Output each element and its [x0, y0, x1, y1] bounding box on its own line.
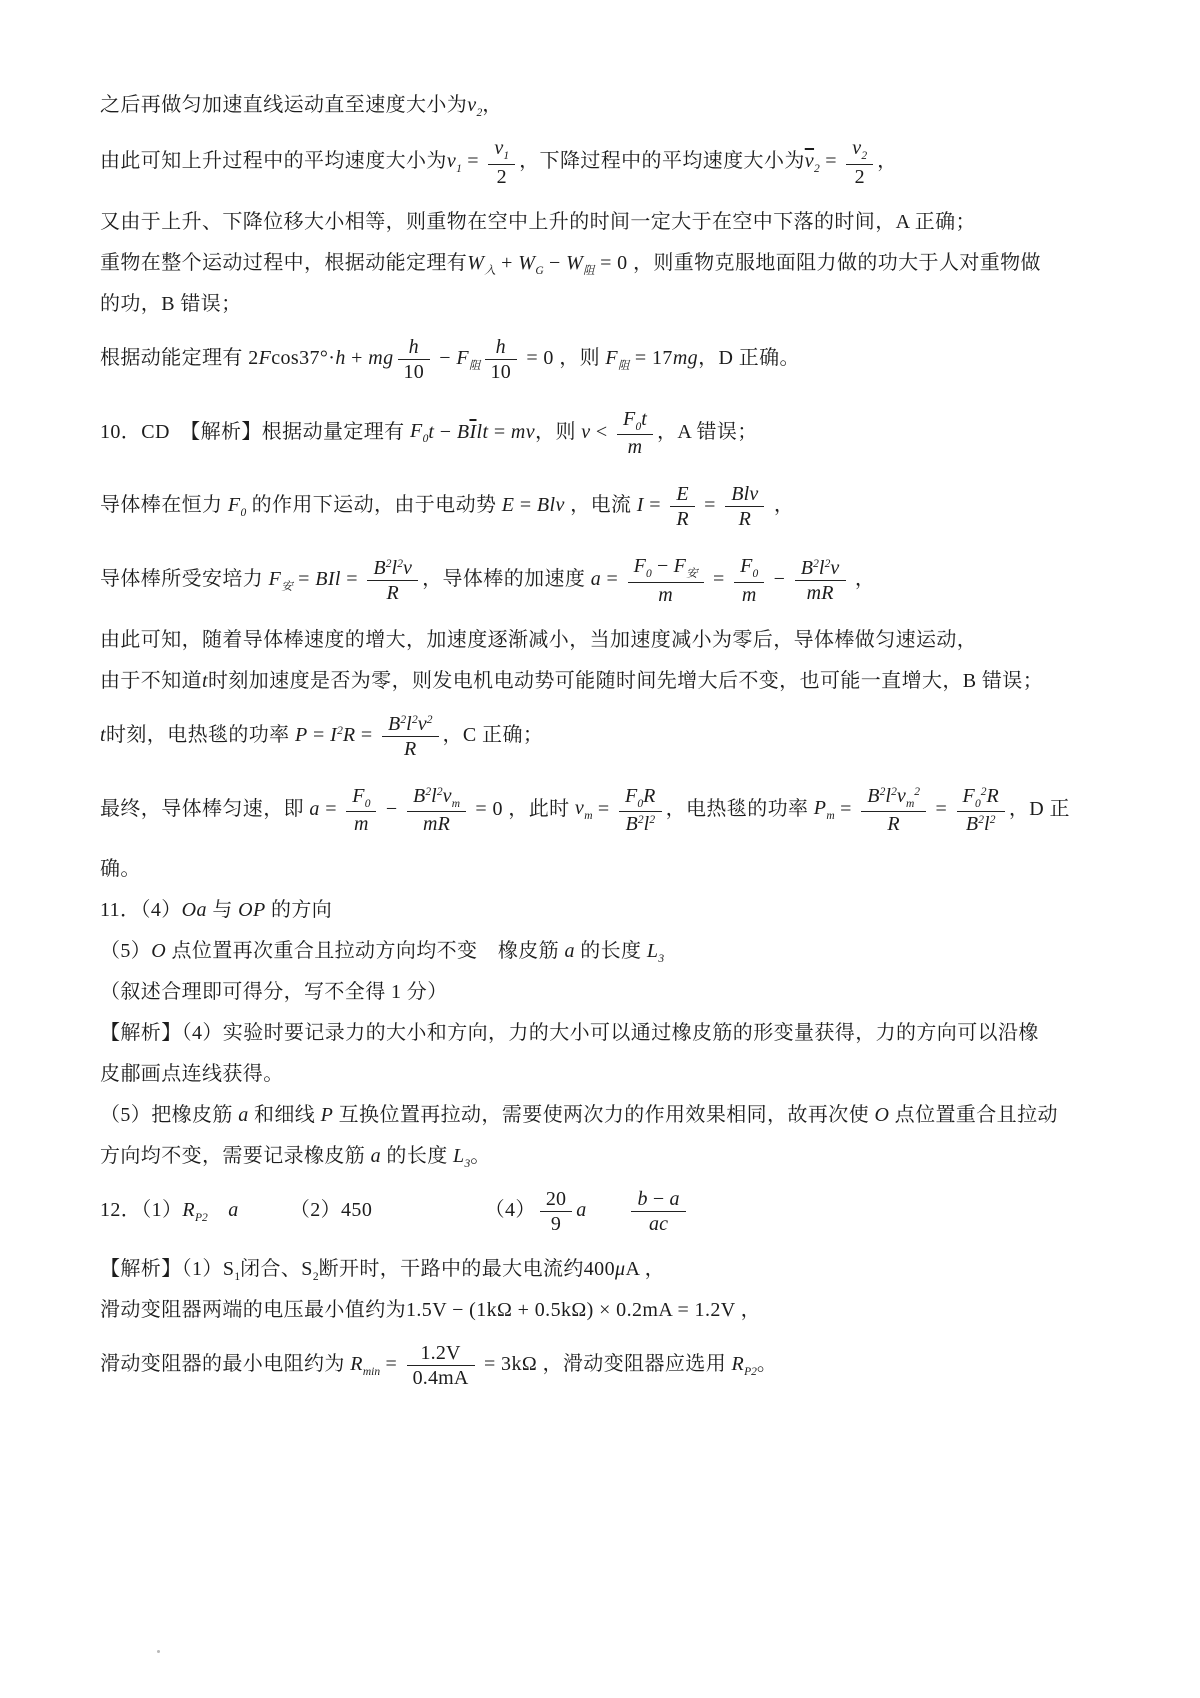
text-run: 的长度 [381, 1145, 453, 1167]
text-segment: L [647, 940, 659, 962]
math-var: OP [238, 899, 265, 921]
math-var: l2 [644, 813, 656, 835]
text-segment: = 0 ，则重物克服地面阻力做的功大于人对重物做 [595, 252, 1041, 274]
math-var: B2 [388, 713, 406, 735]
text-segment: 1.2V [420, 1342, 460, 1364]
text-segment: O [151, 940, 166, 962]
math-var: Oa [182, 899, 207, 921]
text-segment: m [628, 436, 643, 458]
math-var: a [309, 797, 319, 819]
math-var: b [637, 1188, 647, 1210]
fraction-denominator: 2 [846, 164, 873, 189]
text-run: 确。 [100, 858, 141, 880]
text-run: 的长度 [575, 940, 647, 962]
text-segment: B [625, 813, 637, 835]
text-run: cos37°· [271, 347, 335, 369]
text-segment: 皮郙画点连线获得。 [100, 1063, 284, 1085]
text-segment: ac [649, 1213, 668, 1235]
text-run: 。 [470, 1145, 490, 1167]
text-run: 和细线 [249, 1104, 321, 1126]
text-run: = [308, 724, 330, 746]
text-segment: F [623, 408, 635, 430]
subscript: 阻 [469, 360, 481, 372]
text-segment: = 0 ，此时 [470, 797, 575, 819]
fraction: v22 [846, 136, 873, 189]
text-run: 导体棒所受安培力 [100, 568, 269, 590]
text-segment: m [742, 584, 757, 606]
text-run: = [514, 494, 536, 516]
math-var: l2 [984, 813, 996, 835]
text-run: = 17 [630, 347, 673, 369]
math-var: vm [575, 797, 593, 819]
para-v2: 之后再做匀加速直线运动直至速度大小为v2， [100, 90, 1120, 120]
text-run: − [380, 797, 402, 819]
text-run: 的作用下运动，由于电动势 [246, 494, 502, 516]
text-segment: − [380, 797, 402, 819]
text-segment: = [308, 724, 330, 746]
text-segment: + [346, 347, 368, 369]
text-segment: R [404, 738, 416, 760]
page-speck [157, 1650, 160, 1653]
math-var: B2 [373, 557, 391, 579]
text-segment: B [413, 785, 425, 807]
text-run: 与 [207, 899, 238, 921]
subscript: 阻 [583, 265, 595, 277]
fraction-denominator: R [670, 506, 694, 531]
text-run: 点位置再次重合且拉动方向均不变 橡皮筋 [166, 940, 564, 962]
math-var: Blv [731, 483, 758, 505]
text-segment: 时刻，电热毯的功率 [106, 724, 295, 746]
text-run: 的方向 [266, 899, 333, 921]
text-run: ，C 正确； [443, 724, 544, 746]
math-var: a [238, 1104, 248, 1126]
fraction-denominator: B2l2 [957, 811, 1005, 836]
math-var: B [457, 420, 470, 442]
math-var: v [830, 557, 839, 579]
text-run: − [652, 555, 674, 577]
text-segment: mR [807, 582, 834, 604]
fraction-numerator: B2l2v2 [382, 712, 439, 736]
fraction-numerator: 20 [540, 1187, 572, 1211]
text-run: ，D 正确。 [698, 347, 800, 369]
fraction: F0m [346, 784, 376, 837]
text-segment: − [434, 347, 456, 369]
text-segment [208, 1199, 228, 1221]
text-run: = [699, 494, 721, 516]
text-segment: 时刻加速度是否为零，则发电机电动势可能随时间先增大后不变，也可能一直增大，B 错… [208, 670, 1043, 692]
text-segment: 的功，B 错误； [100, 293, 242, 315]
para-10-option-d-1: 最终，导体棒匀速，即 a = F0m − B2l2vmmR = 0 ，此时 vm… [100, 779, 1120, 842]
text-segment: 的作用下运动，由于电动势 [246, 494, 502, 516]
text-run: （5）把橡皮筋 [100, 1104, 238, 1126]
text-segment: R [739, 508, 751, 530]
text-segment: R [887, 813, 899, 835]
text-segment: 和细线 [249, 1104, 321, 1126]
fraction-numerator: E [670, 482, 694, 506]
math-var: I2 [330, 724, 343, 746]
math-var: Rmin [350, 1353, 380, 1375]
para-11-analysis-2: 皮郙画点连线获得。 [100, 1059, 1120, 1089]
text-run: + [496, 252, 518, 274]
para-option-d: 根据动能定理有 2Fcos37°·h + mgh10 − F阻h10 = 0 ，… [100, 330, 1120, 389]
math-var: a [591, 568, 601, 590]
subscript: P2 [195, 1212, 208, 1224]
text-segment: = [699, 494, 721, 516]
fraction-numerator: b − a [631, 1187, 685, 1211]
math-var: l2 [406, 713, 418, 735]
text-segment: P [295, 724, 308, 746]
math-var: vm2 [897, 785, 920, 807]
math-var: F0 [634, 555, 652, 577]
text-run: − [434, 420, 456, 442]
text-segment: ， [850, 568, 876, 590]
text-segment: ， [482, 94, 502, 116]
math-var: F安 [269, 568, 293, 590]
text-segment: I [637, 494, 644, 516]
text-run: S2 [301, 1258, 318, 1280]
text-segment: E [676, 483, 688, 505]
math-var: P [295, 724, 308, 746]
text-segment: 的长度 [381, 1145, 453, 1167]
text-segment: h [496, 336, 506, 358]
text-run: 【解析】（1） [100, 1258, 223, 1280]
fraction-denominator: m [346, 811, 376, 836]
math-var: v2 [418, 713, 433, 735]
text-run: 根据动能定理有 2 [100, 347, 259, 369]
math-var: B2 [413, 785, 431, 807]
text-segment: v [443, 785, 452, 807]
fraction-denominator: m [734, 582, 764, 607]
text-segment: F [259, 347, 272, 369]
para-average-speed: 由此可知上升过程中的平均速度大小为v1 = v12，下降过程中的平均速度大小为v… [100, 131, 1120, 194]
text-run: 2 [855, 166, 865, 188]
text-segment: F [352, 785, 364, 807]
para-10-ampere-force: 导体棒所受安培力 F安 = BIl = B2l2vR，导体棒的加速度 a = F… [100, 549, 1120, 612]
text-run: 由于不知道 [100, 670, 202, 692]
superscript: 2 [427, 714, 433, 726]
math-var: E [676, 483, 688, 505]
fraction-numerator: B2l2vm2 [861, 784, 926, 812]
text-run: − [648, 1188, 670, 1210]
math-var: mg [673, 347, 698, 369]
fraction: B2l2vmmR [407, 784, 466, 837]
text-segment: 由于不知道 [100, 670, 202, 692]
math-var: B2 [867, 785, 885, 807]
subscript: 2 [861, 150, 867, 162]
math-var: F [259, 347, 272, 369]
fraction-denominator: 9 [540, 1211, 572, 1236]
text-run: ， [768, 494, 794, 516]
text-run: A ， [625, 1258, 665, 1280]
text-segment: − [434, 420, 456, 442]
math-var: m [628, 436, 643, 458]
text-segment: ，下降过程中的平均速度大小为 [519, 150, 805, 172]
math-var: I [469, 420, 476, 442]
fraction-numerator: F02R [957, 784, 1005, 812]
text-segment: = [462, 150, 484, 172]
text-segment: = [820, 150, 842, 172]
text-segment: 由此可知，随着导体棒速度的增大，加速度逐渐减小，当加速度减小为零后，导体棒做匀速… [100, 629, 977, 651]
fraction-denominator: R [725, 506, 764, 531]
text-segment: 滑动变阻器两端的电压最小值约为1.5V − (1kΩ + 0.5kΩ) × 0.… [100, 1299, 761, 1321]
text-segment: ，电流 [565, 494, 637, 516]
math-var: WG [518, 252, 543, 274]
subscript: m [906, 798, 914, 810]
para-12-analysis-3: 滑动变阻器的最小电阻约为 Rmin = 1.2V0.4mA = 3kΩ ，滑动变… [100, 1336, 1120, 1395]
text-segment: 滑动变阻器的最小电阻约为 [100, 1353, 350, 1375]
text-run: = [341, 568, 363, 590]
math-var: a [564, 940, 574, 962]
answer-11-5: （5）O 点位置再次重合且拉动方向均不变 橡皮筋 a 的长度 L3 [100, 936, 1120, 966]
text-run: = [644, 494, 666, 516]
para-11-analysis-4: 方向均不变，需要记录橡皮筋 a 的长度 L3。 [100, 1141, 1120, 1171]
text-run: ，导体棒的加速度 [422, 568, 591, 590]
math-var: mg [368, 347, 393, 369]
fraction-denominator: R [861, 811, 926, 836]
subscript: 安 [686, 568, 698, 580]
subscript: 0 [975, 798, 981, 810]
text-run: 。 [757, 1353, 777, 1375]
para-option-b-1: 重物在整个运动过程中，根据动能定理有W入 + WG − W阻 = 0 ，则重物克… [100, 248, 1120, 278]
text-run: = [320, 797, 342, 819]
text-segment: = [488, 420, 510, 442]
text-segment: 点位置重合且拉动 [889, 1104, 1058, 1126]
math-var: F安 [674, 555, 698, 577]
text-segment: L [453, 1145, 465, 1167]
text-segment: F [228, 494, 241, 516]
subscript: 阻 [618, 360, 630, 372]
fraction: 1.2V0.4mA [407, 1341, 475, 1390]
fraction-denominator: mR [795, 580, 846, 605]
para-10-current: 导体棒在恒力 F0 的作用下运动，由于电动势 E = Blv ，电流 I = E… [100, 477, 1120, 536]
text-segment: 最终，导体棒匀速，即 [100, 797, 309, 819]
fraction-denominator: 10 [485, 359, 517, 384]
text-segment: 由此可知上升过程中的平均速度大小为 [100, 150, 447, 172]
text-segment: v [897, 785, 906, 807]
text-segment: O [874, 1104, 889, 1126]
text-run: = 0 ，则重物克服地面阻力做的功大于人对重物做 [595, 252, 1041, 274]
fraction: F0 − F安m [628, 554, 704, 607]
fraction-numerator: F0t [617, 407, 653, 435]
math-var: l2 [392, 557, 404, 579]
text-run: + [346, 347, 368, 369]
para-10-option-c: t时刻，电热毯的功率 P = I2R = B2l2v2R，C 正确； [100, 707, 1120, 766]
math-var: l2 [819, 557, 831, 579]
text-segment: v [805, 150, 814, 172]
para-11-analysis-3: （5）把橡皮筋 a 和细线 P 互换位置再拉动，需要使两次力的作用效果相同，故再… [100, 1100, 1120, 1130]
text-segment: ， [877, 150, 897, 172]
fraction-numerator: h [485, 335, 517, 359]
text-run: = [820, 150, 842, 172]
text-segment: 点位置再次重合且拉动方向均不变 橡皮筋 [166, 940, 564, 962]
text-segment: 。 [757, 1353, 777, 1375]
text-run: 最终，导体棒匀速，即 [100, 797, 309, 819]
text-run: 断开时，干路中的最大电流约400 [319, 1258, 615, 1280]
text-run: ， [482, 94, 502, 116]
fraction-numerator: B2l2v [795, 556, 846, 580]
text-run: 10．CD 【解析】根据动量定理有 [100, 420, 410, 442]
subscript: m [584, 810, 592, 822]
math-var: m [742, 584, 757, 606]
math-var: vm [443, 785, 460, 807]
math-var: RP2 [182, 1199, 207, 1221]
text-segment: B [457, 420, 470, 442]
text-segment: a [238, 1104, 248, 1126]
text-segment: a [564, 940, 574, 962]
text-segment: A ， [625, 1258, 665, 1280]
text-segment: = [514, 494, 536, 516]
text-run: = [708, 568, 730, 590]
text-segment: ，D 正 [1009, 797, 1070, 819]
text-segment: a [576, 1199, 586, 1221]
math-var: P [321, 1104, 334, 1126]
text-segment: 的方向 [266, 899, 333, 921]
text-segment: ，D 正确。 [698, 347, 800, 369]
text-segment: a [309, 797, 319, 819]
math-var: R [676, 508, 688, 530]
para-10-uniform: 由此可知，随着导体棒速度的增大，加速度逐渐减小，当加速度减小为零后，导体棒做匀速… [100, 625, 1120, 655]
math-var: O [874, 1104, 889, 1126]
text-segment: v [852, 137, 861, 159]
fraction-numerator: F0 [346, 784, 376, 812]
text-segment: 确。 [100, 858, 141, 880]
text-segment: 10 [404, 361, 424, 383]
text-segment: 的长度 [575, 940, 647, 962]
text-segment: R [387, 582, 399, 604]
text-run: ，下降过程中的平均速度大小为 [519, 150, 805, 172]
math-var: v2 [852, 137, 867, 159]
text-segment: 又由于上升、下降位移大小相等，则重物在空中上升的时间一定大于在空中下落的时间，A… [100, 211, 976, 233]
text-segment: Blv [731, 483, 758, 505]
text-run: 时刻加速度是否为零，则发电机电动势可能随时间先增大后不变，也可能一直增大，B 错… [208, 670, 1043, 692]
math-var: Blv [537, 494, 565, 516]
text-segment: R [343, 724, 356, 746]
math-var: RP2 [732, 1353, 757, 1375]
text-segment: v [830, 557, 839, 579]
answer-document: 之后再做匀加速直线运动直至速度大小为v2，由此可知上升过程中的平均速度大小为v1… [100, 90, 1120, 1408]
fraction: h10 [485, 335, 517, 384]
text-segment: 根据动能定理有 2 [100, 347, 259, 369]
fraction-numerator: B2l2vm [407, 784, 466, 812]
subscript: 0 [365, 798, 371, 810]
text-run: − [768, 568, 790, 590]
text-run: 【解析】（4）实验时要记录力的大小和方向，力的大小可以通过橡皮筋的形变量获得，力… [100, 1022, 1039, 1044]
math-var: a [576, 1199, 586, 1221]
text-segment: F [625, 785, 637, 807]
text-run: = [601, 568, 623, 590]
text-segment: BIl [315, 568, 341, 590]
text-segment: = [601, 568, 623, 590]
text-run: （叙述合理即可得分，写不全得 1 分） [100, 981, 448, 1003]
fraction: F0tm [617, 407, 653, 460]
text-segment: = 3kΩ ，滑动变阻器应选用 [479, 1353, 732, 1375]
fraction-denominator: ac [631, 1211, 685, 1236]
text-segment: < [591, 420, 613, 442]
text-segment: m [354, 813, 369, 835]
text-run: 闭合、 [240, 1258, 301, 1280]
text-segment: 。 [470, 1145, 490, 1167]
text-run: ，D 正 [1009, 797, 1070, 819]
text-segment: 10．CD 【解析】根据动量定理有 [100, 420, 410, 442]
text-segment: mg [673, 347, 698, 369]
text-segment: I [469, 420, 476, 442]
text-run: = [462, 150, 484, 172]
text-run: 滑动变阻器的最小电阻约为 [100, 1353, 350, 1375]
para-10-option-d-2: 确。 [100, 854, 1120, 884]
text-run: 1.2V [420, 1342, 460, 1364]
fraction-denominator: R [382, 736, 439, 761]
text-segment: 重物在整个运动过程中，根据动能定理有 [100, 252, 467, 274]
math-var: R [986, 785, 998, 807]
text-segment: 10 [491, 361, 511, 383]
text-segment: P [321, 1104, 334, 1126]
math-var: h [335, 347, 345, 369]
subscript: 入 [484, 265, 496, 277]
text-segment: ，C 正确； [443, 724, 544, 746]
text-run: ，电热毯的功率 [666, 797, 814, 819]
text-segment [587, 1199, 628, 1221]
text-segment: F [456, 347, 469, 369]
text-segment: − [648, 1188, 670, 1210]
text-segment: S [223, 1258, 235, 1280]
fraction: F0RB2l2 [619, 784, 662, 837]
para-11-analysis-1: 【解析】（4）实验时要记录力的大小和方向，力的大小可以通过橡皮筋的形变量获得，力… [100, 1018, 1120, 1048]
math-var: F0 [740, 555, 758, 577]
text-segment: 2 [497, 166, 507, 188]
math-var: F02 [963, 785, 987, 807]
fraction-denominator: R [367, 580, 418, 605]
text-segment: = [293, 568, 315, 590]
fraction: b − aac [631, 1187, 685, 1236]
superscript: 2 [990, 814, 996, 826]
text-run: 10 [404, 361, 424, 383]
text-segment: h [409, 336, 419, 358]
text-segment: μ [615, 1258, 625, 1280]
text-run: 12．（1） [100, 1199, 182, 1221]
text-segment: = [320, 797, 342, 819]
text-segment: 0.4mA [413, 1367, 469, 1389]
text-segment: R [643, 785, 655, 807]
text-segment: B [801, 557, 813, 579]
text-run: 0.4mA [413, 1367, 469, 1389]
math-var: l2 [885, 785, 897, 807]
math-var: m [658, 584, 673, 606]
math-var: F阻 [456, 347, 480, 369]
para-11-note: （叙述合理即可得分，写不全得 1 分） [100, 977, 1120, 1007]
fraction: F0m [734, 554, 764, 607]
math-var: R [643, 785, 655, 807]
math-var: B2 [625, 813, 643, 835]
math-var: F0 [228, 494, 246, 516]
text-segment: R [182, 1199, 195, 1221]
text-run: 又由于上升、下降位移大小相等，则重物在空中上升的时间一定大于在空中下落的时间，A… [100, 211, 976, 233]
math-var: E [502, 494, 515, 516]
text-run: − [434, 347, 456, 369]
text-run: = 3kΩ ，滑动变阻器应选用 [479, 1353, 732, 1375]
text-segment: ，A 错误； [657, 420, 758, 442]
fraction-numerator: v1 [488, 136, 515, 164]
fraction-denominator: m [628, 582, 704, 607]
math-var: h [409, 336, 419, 358]
text-segment: 【解析】（1） [100, 1258, 223, 1280]
text-segment: mg [368, 347, 393, 369]
text-segment: R [986, 785, 998, 807]
text-segment: F [634, 555, 646, 577]
fraction-numerator: Blv [725, 482, 764, 506]
text-run: 11．（4） [100, 899, 182, 921]
math-var: ac [649, 1213, 668, 1235]
text-segment: （叙述合理即可得分，写不全得 1 分） [100, 981, 448, 1003]
